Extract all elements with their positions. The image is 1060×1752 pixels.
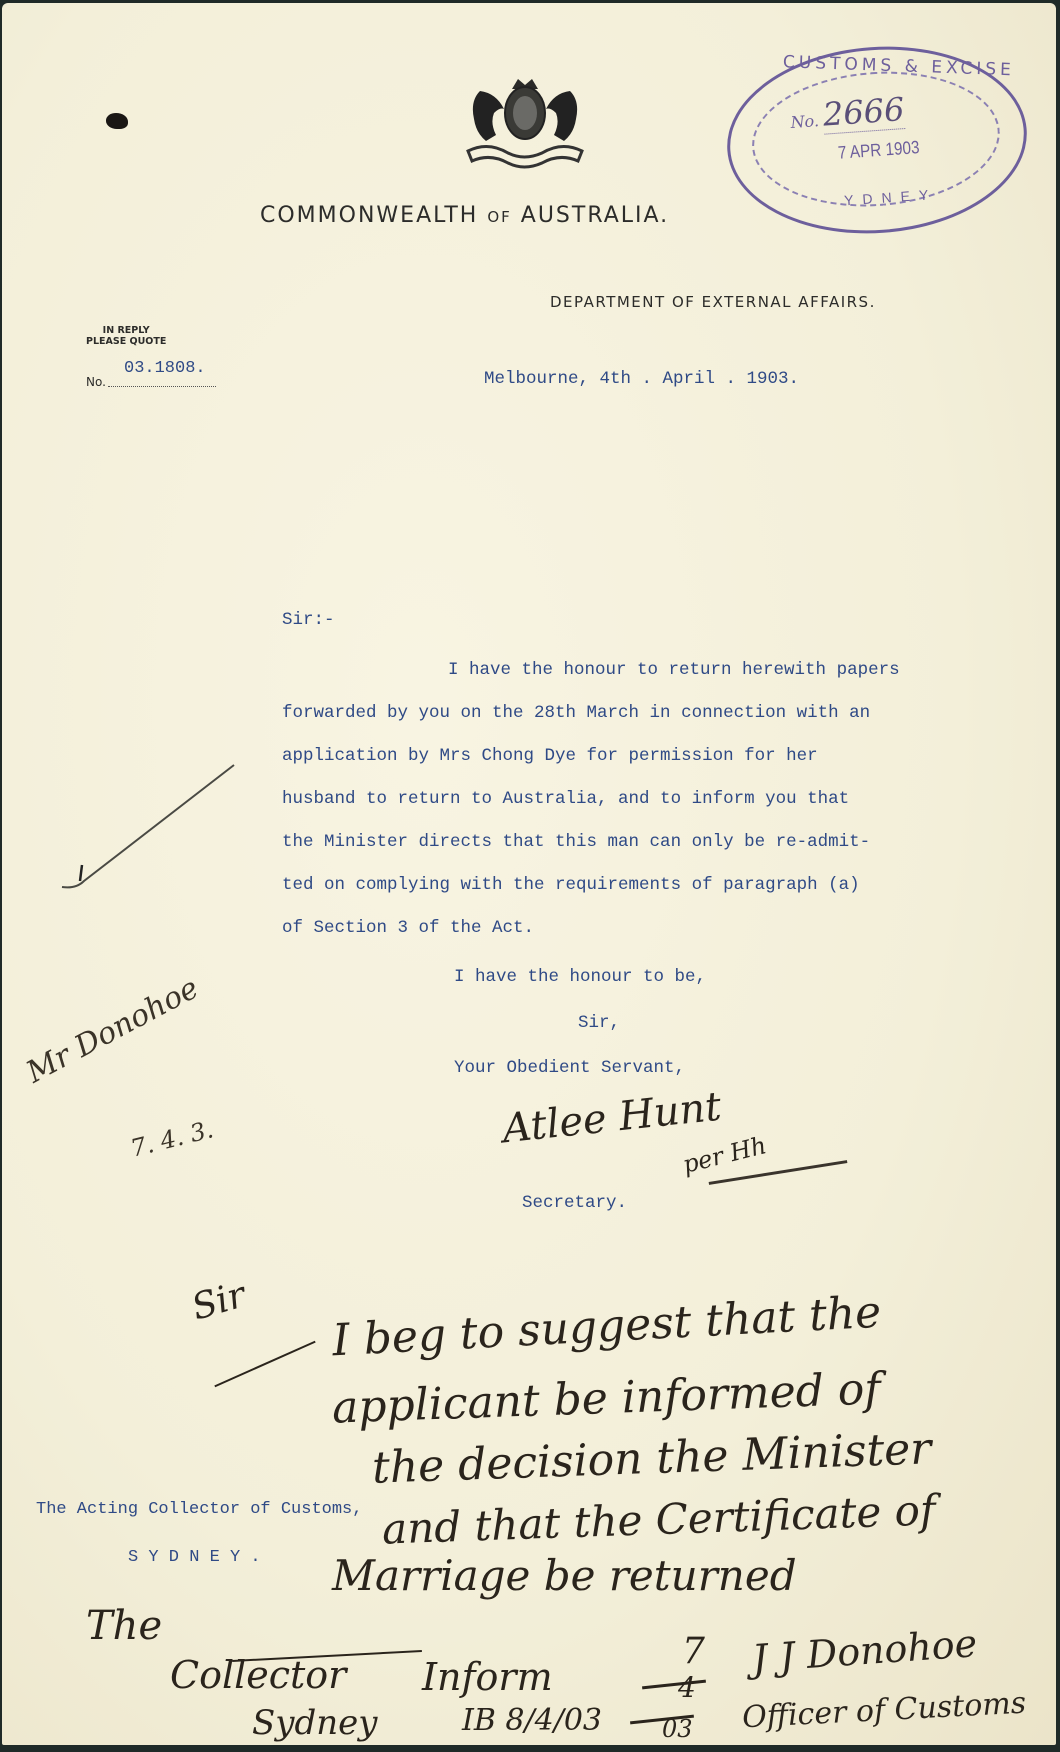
customs-received-stamp: CUSTOMS & EXCISE No. 2666 7 APR 1903 YDN… bbox=[721, 37, 1033, 243]
reference-label: IN REPLY PLEASE QUOTE bbox=[86, 325, 166, 347]
signatory-title: Secretary. bbox=[522, 1193, 627, 1213]
minute-date-year: 03 bbox=[662, 1715, 693, 1743]
check-mark-icon bbox=[58, 763, 238, 908]
body-line: husband to return to Australia, and to i… bbox=[282, 789, 849, 809]
body-line: application by Mrs Chong Dye for permiss… bbox=[282, 746, 818, 766]
margin-minute-date: 7. 4. 3. bbox=[128, 1115, 216, 1162]
minute-line: I beg to suggest that the bbox=[331, 1287, 882, 1367]
margin-minute-name: Mr Donohoe bbox=[21, 971, 205, 1091]
dateline: Melbourne, 4th . April . 1903. bbox=[484, 369, 799, 389]
department-name: DEPARTMENT OF EXTERNAL AFFAIRS. bbox=[550, 293, 876, 311]
body-line: I have the honour to return herewith pap… bbox=[448, 660, 900, 680]
salutation: Sir:- bbox=[282, 610, 335, 630]
letter-page: COMMONWEALTH OF AUSTRALIA. CUSTOMS & EXC… bbox=[2, 3, 1056, 1745]
minute-date-month: 4 bbox=[678, 1671, 696, 1704]
stamp-number: No. 2666 bbox=[789, 90, 906, 136]
body-line: of Section 3 of the Act. bbox=[282, 918, 534, 938]
closing-sir: Sir, bbox=[578, 1013, 620, 1033]
stamp-top-text: CUSTOMS & EXCISE bbox=[783, 52, 1016, 80]
minute-date-numerator: 7 bbox=[682, 1631, 705, 1672]
signature-per: per Hh bbox=[680, 1131, 769, 1179]
minute-footer-inform: Inform bbox=[422, 1655, 553, 1699]
officer-signature: J J Donohoe bbox=[751, 1621, 979, 1681]
minute-footer-sydney: Sydney bbox=[252, 1703, 378, 1743]
minute-line: Marriage be returned bbox=[332, 1551, 797, 1600]
letterhead-title: COMMONWEALTH OF AUSTRALIA. bbox=[260, 203, 669, 228]
body-line: forwarded by you on the 28th March in co… bbox=[282, 703, 870, 723]
officer-title: Officer of Customs bbox=[741, 1686, 1027, 1736]
body-line: the Minister directs that this man can o… bbox=[282, 832, 870, 852]
coat-of-arms-icon bbox=[450, 61, 600, 171]
addressee-line: The Acting Collector of Customs, bbox=[36, 1500, 362, 1519]
minute-line: the decision the Minister bbox=[371, 1423, 932, 1493]
ink-blot bbox=[106, 113, 128, 129]
body-line: ted on complying with the requirements o… bbox=[282, 875, 860, 895]
closing-servant: Your Obedient Servant, bbox=[454, 1058, 685, 1078]
minute-footer-the: The bbox=[86, 1603, 162, 1649]
minute-line: and that the Certificate of bbox=[381, 1485, 936, 1553]
reference-no-label: No. bbox=[86, 375, 106, 389]
minute-salutation: Sir bbox=[187, 1274, 250, 1328]
addressee-city: S Y D N E Y . bbox=[128, 1548, 261, 1567]
closing-line: I have the honour to be, bbox=[454, 967, 706, 987]
secretary-signature: Atlee Hunt bbox=[500, 1084, 723, 1153]
minute-line: applicant be informed of bbox=[331, 1363, 881, 1433]
reference-number: 03.1808. bbox=[124, 359, 206, 378]
minute-footer-initials-date: IB 8/4/03 bbox=[462, 1703, 602, 1738]
